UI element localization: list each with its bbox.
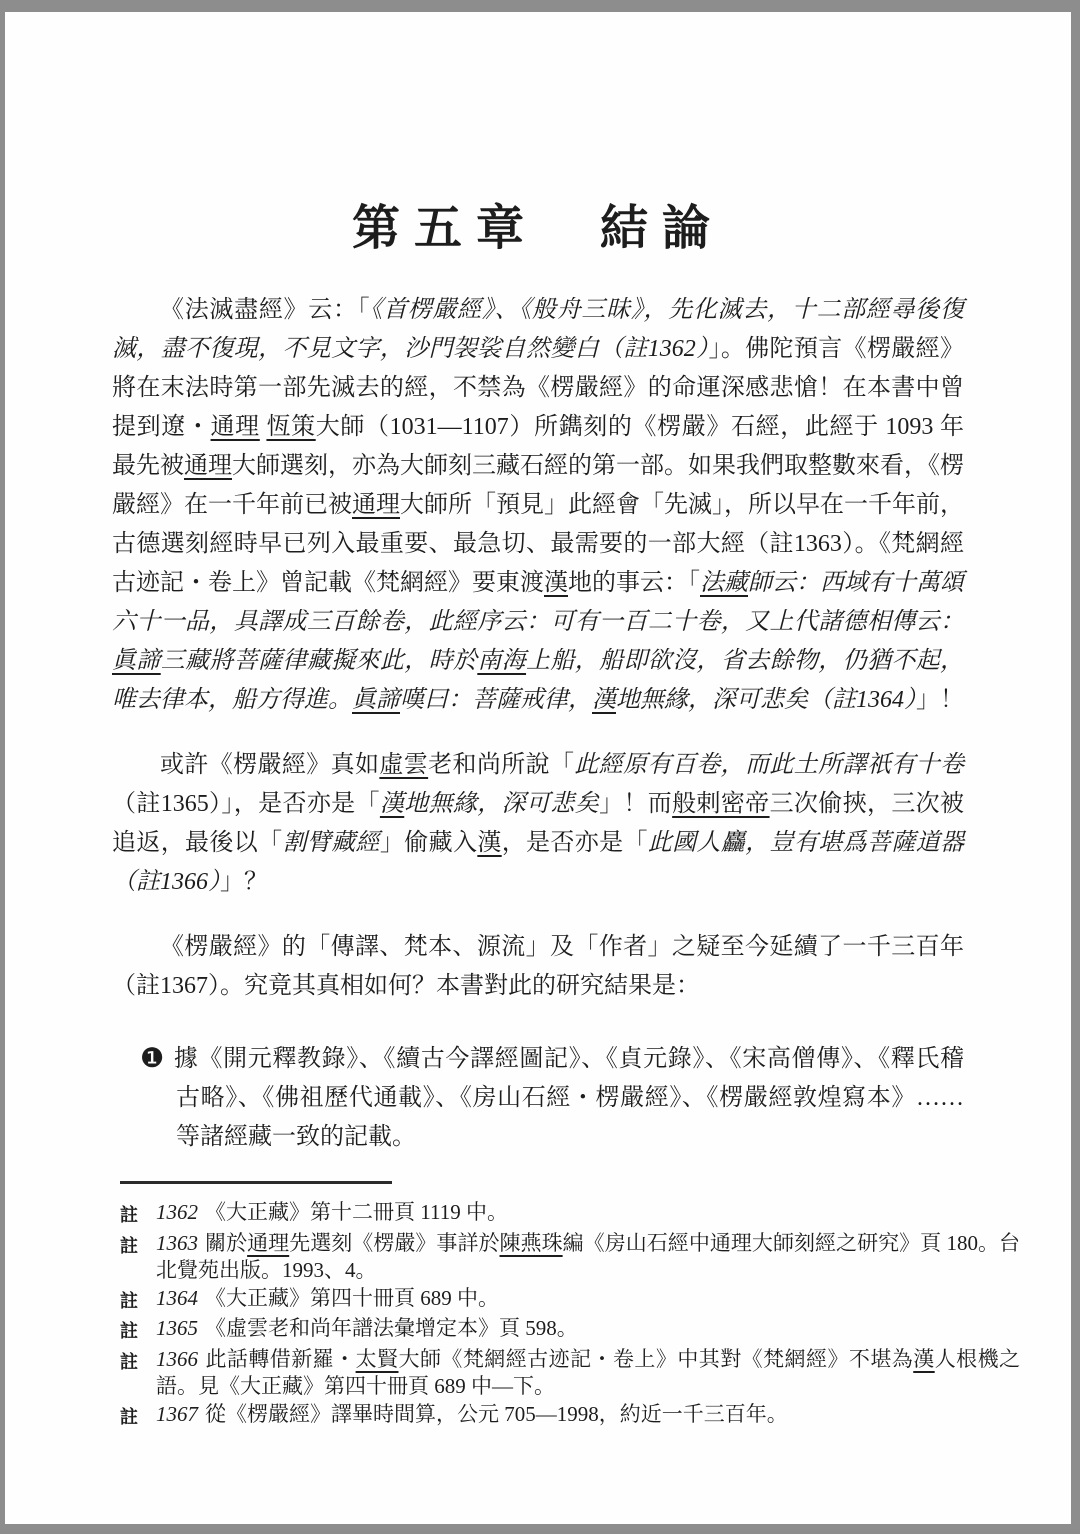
- footnote-list: 註1362《大正藏》第十二冊頁 1119 中。註1363關於通理先選刻《楞嚴》事…: [120, 1199, 1020, 1431]
- footnote-text: 1367從《楞嚴經》譯畢時間算，公元 705—1998，約近一千三百年。: [156, 1401, 1020, 1432]
- text-run: 關於: [205, 1231, 247, 1255]
- text-run: 」！而: [599, 791, 672, 817]
- quoted-text-run: 此經原有百卷，而此土所譯祇有十卷: [574, 752, 964, 778]
- underlined-proper-noun: 般剌密帝: [672, 791, 769, 817]
- chapter-title: 第五章 結論: [5, 12, 1071, 253]
- quoted-text-run: 嘆曰：菩薩戒律，: [400, 687, 592, 713]
- text-run: 從《楞嚴經》譯畢時間算，公元 705—1998，約近一千三百年。: [205, 1402, 788, 1426]
- conclusion-item-1: ❶據《開元釋教錄》、《續古今譯經圖記》、《貞元錄》、《宋高僧傳》、《釋氏稽古略》…: [112, 1038, 964, 1157]
- footnote-1363: 註1363關於通理先選刻《楞嚴》事詳於陳燕珠編《房山石經中通理大師刻經之研究》頁…: [120, 1230, 1020, 1285]
- text-run: ，是否亦是「: [502, 830, 648, 856]
- underlined-proper-noun: 眞諦: [112, 648, 161, 674]
- text-run: 《楞嚴經》的「傳譯、梵本、源流」及「作者」之疑至今延續了一千三百年（註1367）…: [112, 934, 964, 999]
- underlined-proper-noun: 恆策: [266, 414, 315, 440]
- footnote-text: 1365《虛雲老和尚年譜法彙增定本》頁 598。: [156, 1315, 1020, 1346]
- underlined-proper-noun: 南海: [477, 648, 526, 674]
- underlined-proper-noun: 通理: [184, 453, 232, 479]
- footnote-label: 註: [120, 1230, 156, 1285]
- text-run: 此話轉借新羅・: [205, 1347, 356, 1371]
- footnote-1364: 註1364《大正藏》第四十冊頁 689 中。: [120, 1285, 1020, 1316]
- underlined-proper-noun: 通理: [352, 492, 400, 518]
- footnote-1366: 註1366此話轉借新羅・太賢大師《梵網經古迹記・卷上》中其對《梵網經》不堪為漢人…: [120, 1346, 1020, 1401]
- footnote-number: 1364: [156, 1285, 205, 1313]
- text-run: 」偷藏入: [380, 830, 477, 856]
- footnote-number: 1367: [156, 1401, 205, 1429]
- footnote-label: 註: [120, 1346, 156, 1401]
- paragraph-1: 《法滅盡經》云：「《首楞嚴經》、《般舟三昧》，先化滅去，十二部經尋後復滅，盡不復…: [112, 291, 964, 720]
- text-run: 或許《楞嚴經》真如: [160, 752, 379, 778]
- underlined-proper-noun: 太賢: [356, 1347, 399, 1371]
- text-run: （註1365）」，是否亦是「: [112, 791, 380, 817]
- underlined-proper-noun: 漢: [592, 687, 616, 713]
- paragraph-2: 或許《楞嚴經》真如虛雲老和尚所說「此經原有百卷，而此土所譯祇有十卷（註1365）…: [112, 746, 964, 902]
- footnote-number: 1366: [156, 1346, 205, 1374]
- footnote-text: 1362《大正藏》第十二冊頁 1119 中。: [156, 1199, 1020, 1230]
- footnote-label: 註: [120, 1315, 156, 1346]
- footnote-1365: 註1365《虛雲老和尚年譜法彙增定本》頁 598。: [120, 1315, 1020, 1346]
- underlined-proper-noun: 漢: [544, 570, 568, 596]
- underlined-proper-noun: 漢: [913, 1347, 934, 1371]
- text-run: 《大正藏》第十二冊頁 1119 中。: [205, 1200, 508, 1224]
- footnote-number: 1362: [156, 1199, 205, 1227]
- footnote-text: 1364《大正藏》第四十冊頁 689 中。: [156, 1285, 1020, 1316]
- underlined-proper-noun: 虛雲: [379, 752, 428, 778]
- underlined-proper-noun: 通理: [247, 1231, 289, 1255]
- quoted-text-run: 地無緣，深可悲矣（註1364）: [616, 687, 916, 713]
- footnote-text: 1363關於通理先選刻《楞嚴》事詳於陳燕珠編《房山石經中通理大師刻經之研究》頁 …: [156, 1230, 1020, 1285]
- underlined-proper-noun: 漢: [380, 791, 404, 817]
- underlined-proper-noun: 眞諦: [352, 687, 400, 713]
- quoted-text-run: 三藏將菩薩律藏擬來此，時於: [161, 648, 478, 674]
- numbered-bullet-icon: ❶: [140, 1043, 165, 1073]
- text-run: 《法滅盡經》云：「: [160, 297, 370, 323]
- footnote-number: 1363: [156, 1230, 205, 1258]
- underlined-proper-noun: 陳燕珠: [500, 1231, 563, 1255]
- footnote-1367: 註1367從《楞嚴經》譯畢時間算，公元 705—1998，約近一千三百年。: [120, 1401, 1020, 1432]
- scanned-page-background: { "document": { "title": "第五章 結論", "para…: [0, 0, 1080, 1534]
- underlined-proper-noun: 漢: [477, 830, 501, 856]
- text-run: 」？: [220, 869, 268, 895]
- quoted-text-run: 割臂藏經: [282, 830, 379, 856]
- footnote-label: 註: [120, 1401, 156, 1432]
- quoted-text-run: 地無緣，深可悲矣: [404, 791, 599, 817]
- text-run: 據《開元釋教錄》、《續古今譯經圖記》、《貞元錄》、《宋高僧傳》、《釋氏稽古略》、…: [174, 1046, 964, 1150]
- footnote-text: 1366此話轉借新羅・太賢大師《梵網經古迹記・卷上》中其對《梵網經》不堪為漢人根…: [156, 1346, 1020, 1401]
- document-page: 第五章 結論 《法滅盡經》云：「《首楞嚴經》、《般舟三昧》，先化滅去，十二部經尋…: [5, 12, 1071, 1524]
- text-run: 《大正藏》第四十冊頁 689 中。: [205, 1286, 499, 1310]
- text-run: 」！: [916, 687, 964, 713]
- text-run: 大師《梵網經古迹記・卷上》中其對《梵網經》不堪為: [399, 1347, 914, 1371]
- text-run: 《虛雲老和尚年譜法彙增定本》頁 598。: [205, 1316, 578, 1340]
- footnote-label: 註: [120, 1285, 156, 1316]
- footnote-number: 1365: [156, 1315, 205, 1343]
- text-run: 先選刻《楞嚴》事詳於: [289, 1231, 499, 1255]
- paragraph-3: 《楞嚴經》的「傳譯、梵本、源流」及「作者」之疑至今延續了一千三百年（註1367）…: [112, 928, 964, 1006]
- underlined-proper-noun: 法藏: [700, 570, 748, 596]
- footnote-separator: [120, 1181, 392, 1184]
- footnote-label: 註: [120, 1199, 156, 1230]
- page-body: 《法滅盡經》云：「《首楞嚴經》、《般舟三昧》，先化滅去，十二部經尋後復滅，盡不復…: [112, 291, 964, 1157]
- underlined-proper-noun: 通理: [211, 414, 260, 440]
- text-run: 地的事云：「: [568, 570, 700, 596]
- footnote-1362: 註1362《大正藏》第十二冊頁 1119 中。: [120, 1199, 1020, 1230]
- text-run: 老和尚所說「: [428, 752, 574, 778]
